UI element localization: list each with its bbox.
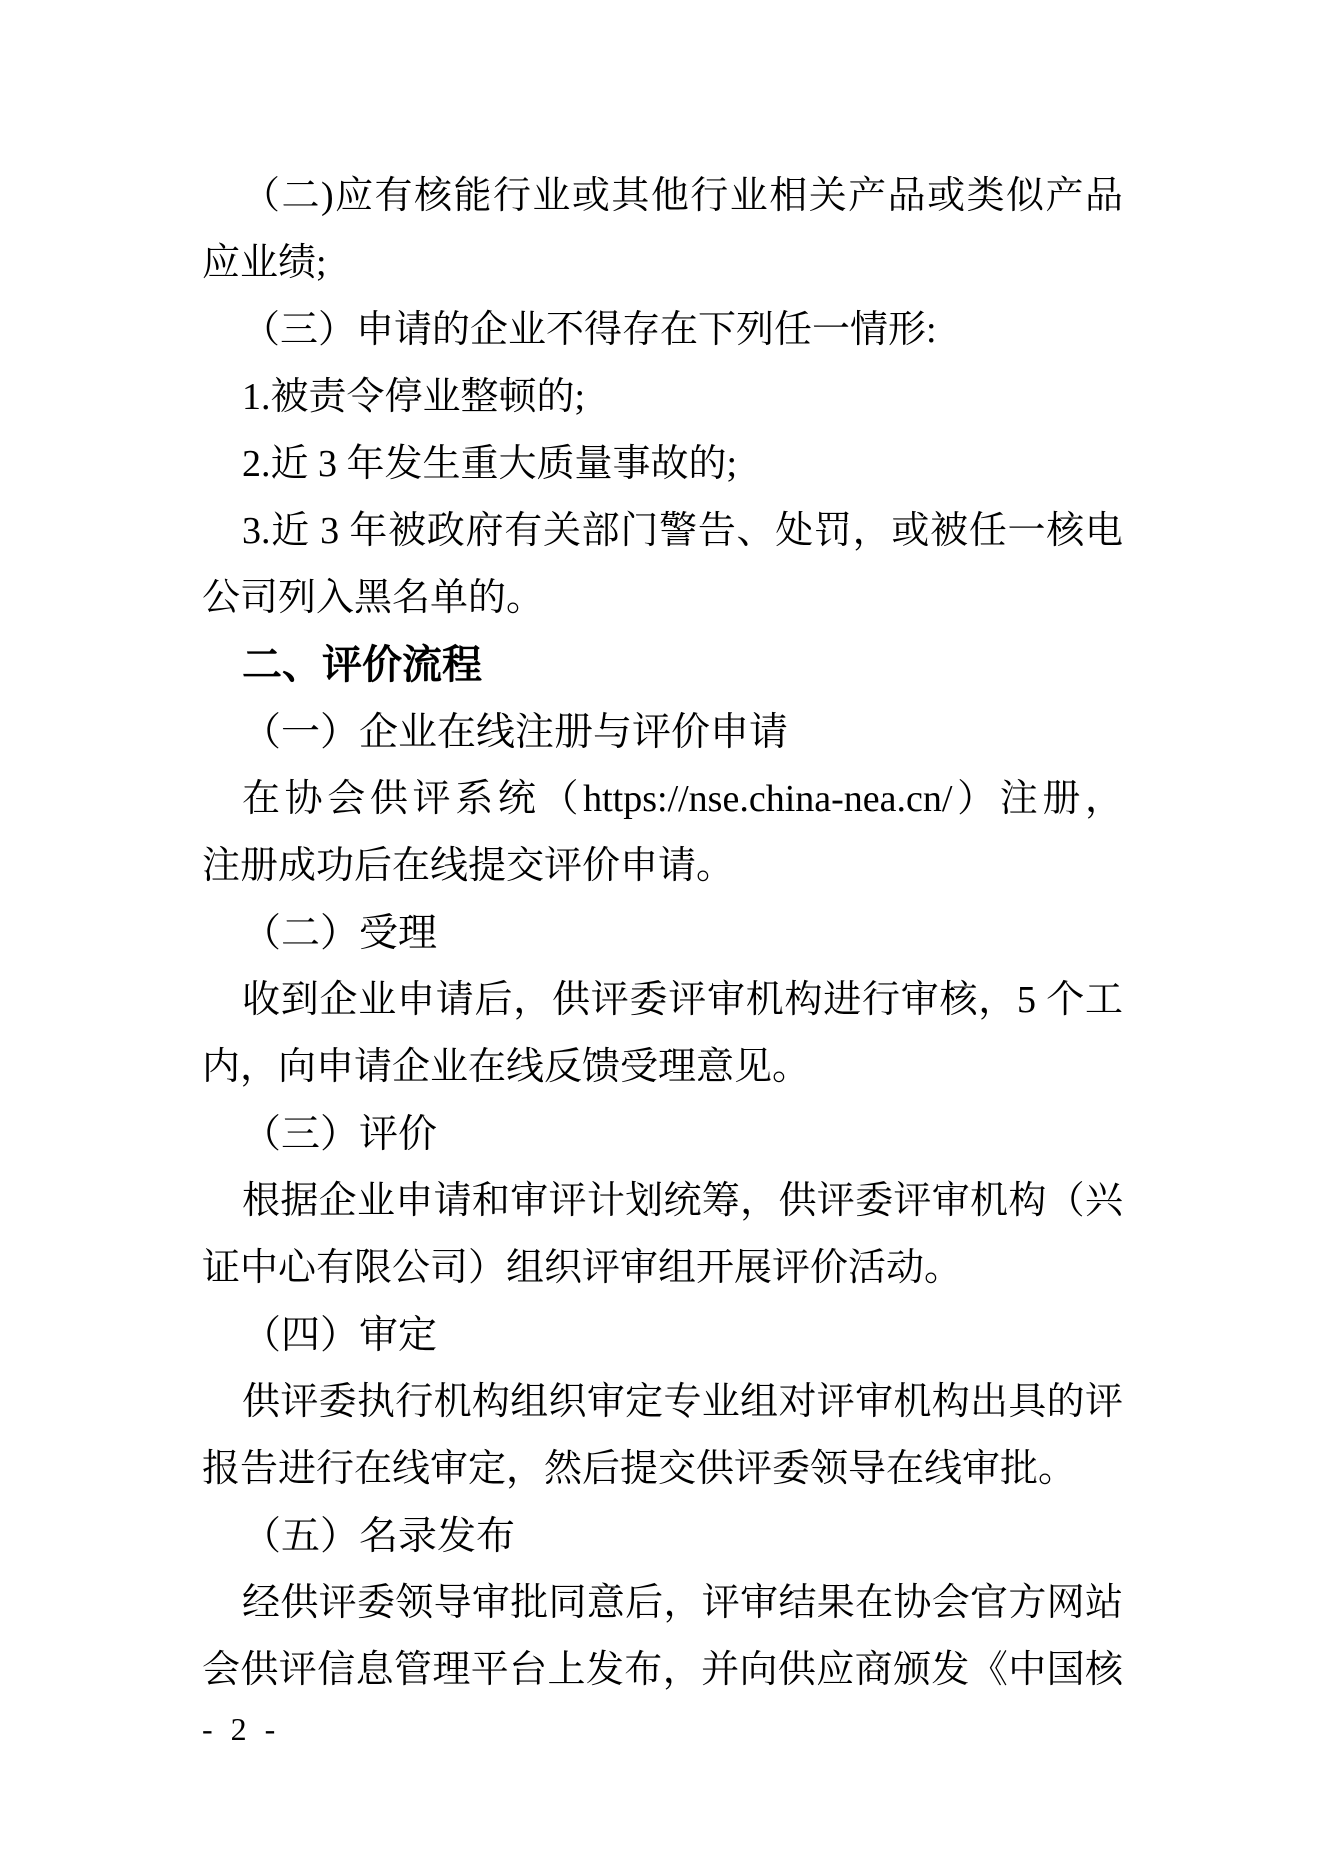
document-line: 收到企业申请后，供评委评审机构进行审核，5 个工作日 bbox=[202, 967, 1123, 1034]
paragraph: （二)应有核能行业或其他行业相关产品或类似产品的供应业绩; bbox=[202, 163, 1123, 297]
document-line: （三）评价 bbox=[202, 1101, 1123, 1168]
document-line: （一）企业在线注册与评价申请 bbox=[202, 699, 1123, 766]
page-number: - 2 - bbox=[202, 1706, 280, 1752]
paragraph: 供评委执行机构组织审定专业组对评审机构出具的评审报告进行在线审定，然后提交供评委… bbox=[202, 1369, 1123, 1503]
section-heading: 二、评价流程 bbox=[202, 632, 1123, 699]
document-line: 注册成功后在线提交评价申请。 bbox=[202, 833, 1123, 900]
paragraph: 根据企业申请和审评计划统筹，供评委评审机构（兴原认证中心有限公司）组织评审组开展… bbox=[202, 1168, 1123, 1302]
document-line: 应业绩; bbox=[202, 230, 1123, 297]
document-line: （四）审定 bbox=[202, 1302, 1123, 1369]
document-line: （五）名录发布 bbox=[202, 1503, 1123, 1570]
sub-heading: （一）企业在线注册与评价申请 bbox=[202, 699, 1123, 766]
document-line: 在协会供评系统（https://nse.china-nea.cn/）注册， bbox=[202, 766, 1123, 833]
document-line: （三）申请的企业不得存在下列任一情形: bbox=[202, 297, 1123, 364]
sub-heading: （五）名录发布 bbox=[202, 1503, 1123, 1570]
paragraph: 3.近 3 年被政府有关部门警告、处罚，或被任一核电集团公司列入黑名单的。 bbox=[202, 498, 1123, 632]
document-line: 3.近 3 年被政府有关部门警告、处罚，或被任一核电集团 bbox=[202, 498, 1123, 565]
document-line: 公司列入黑名单的。 bbox=[202, 565, 1123, 632]
paragraph: （三）申请的企业不得存在下列任一情形: bbox=[202, 297, 1123, 364]
document-line: 2.近 3 年发生重大质量事故的; bbox=[202, 431, 1123, 498]
document-body: （二)应有核能行业或其他行业相关产品或类似产品的供应业绩;（三）申请的企业不得存… bbox=[202, 163, 1123, 1704]
document-page: （二)应有核能行业或其他行业相关产品或类似产品的供应业绩;（三）申请的企业不得存… bbox=[0, 0, 1323, 1871]
paragraph: 2.近 3 年发生重大质量事故的; bbox=[202, 431, 1123, 498]
document-line: 二、评价流程 bbox=[202, 632, 1123, 699]
document-line: 1.被责令停业整顿的; bbox=[202, 364, 1123, 431]
document-line: （二）受理 bbox=[202, 900, 1123, 967]
sub-heading: （二）受理 bbox=[202, 900, 1123, 967]
paragraph: 经供评委领导审批同意后，评审结果在协会官方网站和协会供评信息管理平台上发布，并向… bbox=[202, 1570, 1123, 1704]
document-line: 内，向申请企业在线反馈受理意见。 bbox=[202, 1034, 1123, 1101]
document-line: 经供评委领导审批同意后，评审结果在协会官方网站和协 bbox=[202, 1570, 1123, 1637]
document-line: （二)应有核能行业或其他行业相关产品或类似产品的供 bbox=[202, 163, 1123, 230]
sub-heading: （四）审定 bbox=[202, 1302, 1123, 1369]
document-line: 供评委执行机构组织审定专业组对评审机构出具的评审 bbox=[202, 1369, 1123, 1436]
paragraph: 收到企业申请后，供评委评审机构进行审核，5 个工作日内，向申请企业在线反馈受理意… bbox=[202, 967, 1123, 1101]
document-line: 证中心有限公司）组织评审组开展评价活动。 bbox=[202, 1235, 1123, 1302]
document-line: 报告进行在线审定，然后提交供评委领导在线审批。 bbox=[202, 1436, 1123, 1503]
document-line: 会供评信息管理平台上发布，并向供应商颁发《中国核能行 bbox=[202, 1637, 1123, 1704]
paragraph: 1.被责令停业整顿的; bbox=[202, 364, 1123, 431]
document-line: 根据企业申请和审评计划统筹，供评委评审机构（兴原认 bbox=[202, 1168, 1123, 1235]
paragraph: 在协会供评系统（https://nse.china-nea.cn/）注册，注册成… bbox=[202, 766, 1123, 900]
sub-heading: （三）评价 bbox=[202, 1101, 1123, 1168]
